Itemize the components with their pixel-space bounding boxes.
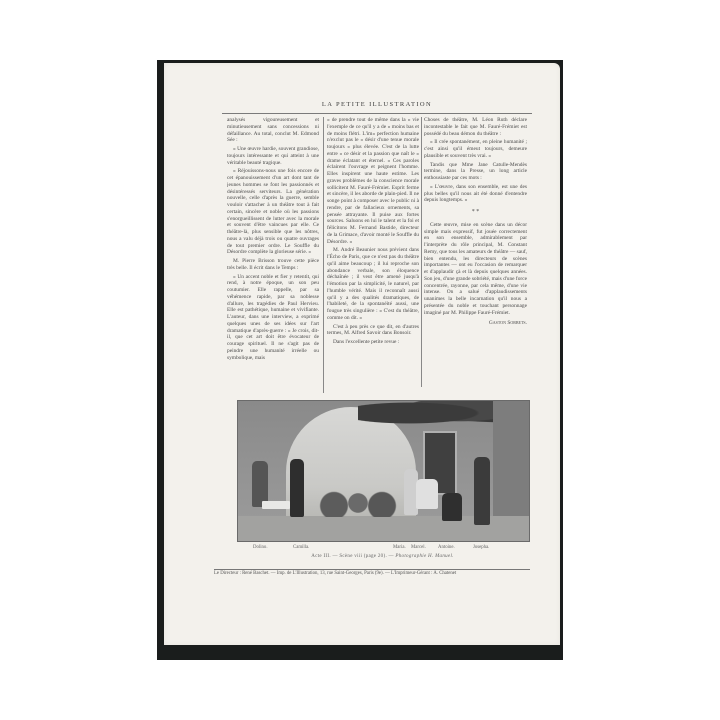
figure-label: Antoine. bbox=[438, 545, 455, 550]
paragraph: « Il crée spontanément, en pleine humani… bbox=[424, 139, 527, 159]
paragraph: Choses de théâtre, M. Léon Ruth déclare … bbox=[424, 117, 527, 137]
figure-label: Maria. bbox=[393, 545, 406, 550]
figure-josepha bbox=[474, 457, 490, 525]
paragraph: « L'œuvre, dans son ensemble, est une de… bbox=[424, 184, 527, 204]
imprint-footer: Le Directeur : René Baschet. — Imp. de L… bbox=[214, 571, 530, 576]
header-rule bbox=[222, 113, 532, 114]
column-divider bbox=[421, 117, 422, 387]
figure-label: Camilla. bbox=[293, 545, 309, 550]
photo-credit: Photographie H. Manuel. bbox=[395, 554, 453, 559]
stage-photograph bbox=[237, 400, 530, 542]
paragraph: « de prendre tout de même dans la « vie … bbox=[327, 117, 419, 245]
figure-marcel bbox=[416, 479, 438, 509]
text-column-2: « de prendre tout de même dans la « vie … bbox=[327, 117, 419, 393]
paragraph: C'est à peu près ce que dit, en d'autres… bbox=[327, 324, 419, 338]
paragraph: Cette œuvre, mise en scène dans un décor… bbox=[424, 222, 527, 317]
paragraph: « Un accent noble et fier y retentit, qu… bbox=[227, 274, 319, 362]
section-separator: * * bbox=[424, 209, 527, 216]
photo-caption: Acte III. — Scène viii (page 20). — Phot… bbox=[237, 554, 528, 559]
paragraph: analysés vigoureusement et minutieusemen… bbox=[227, 117, 319, 144]
paragraph: « Réjouissons-nous une fois encore de ce… bbox=[227, 168, 319, 256]
text-column-1: analysés vigoureusement et minutieusemen… bbox=[227, 117, 319, 393]
table bbox=[262, 501, 290, 509]
figure-camilla bbox=[290, 459, 304, 517]
text-column-3: Choses de théâtre, M. Léon Ruth déclare … bbox=[424, 117, 527, 382]
author-signature: Gaston Sorbets. bbox=[424, 320, 527, 327]
figure-label: Marcel. bbox=[411, 545, 426, 550]
footer-rule bbox=[214, 569, 530, 570]
paragraph: Dans l'excellente petite revue : bbox=[327, 339, 419, 346]
paragraph: Tandis que Mme Jane Catulle-Mendès termi… bbox=[424, 162, 527, 182]
paragraph: M. André Beaunier nous prévient dans l'É… bbox=[327, 247, 419, 321]
figure-label: Josepha. bbox=[473, 545, 489, 550]
paragraph: M. Pierre Brisson trouve cette pièce trè… bbox=[227, 258, 319, 272]
act-scene-caption: Acte III. — Scène viii (page 20). — bbox=[311, 554, 394, 559]
running-head: LA PETITE ILLUSTRATION bbox=[222, 101, 532, 108]
photo-rock-wall bbox=[318, 489, 398, 517]
column-divider bbox=[323, 117, 324, 393]
figure-antoine bbox=[442, 493, 462, 521]
paragraph: « Une œuvre hardie, souvent grandiose, t… bbox=[227, 146, 319, 166]
figure-label: Dolino. bbox=[253, 545, 268, 550]
